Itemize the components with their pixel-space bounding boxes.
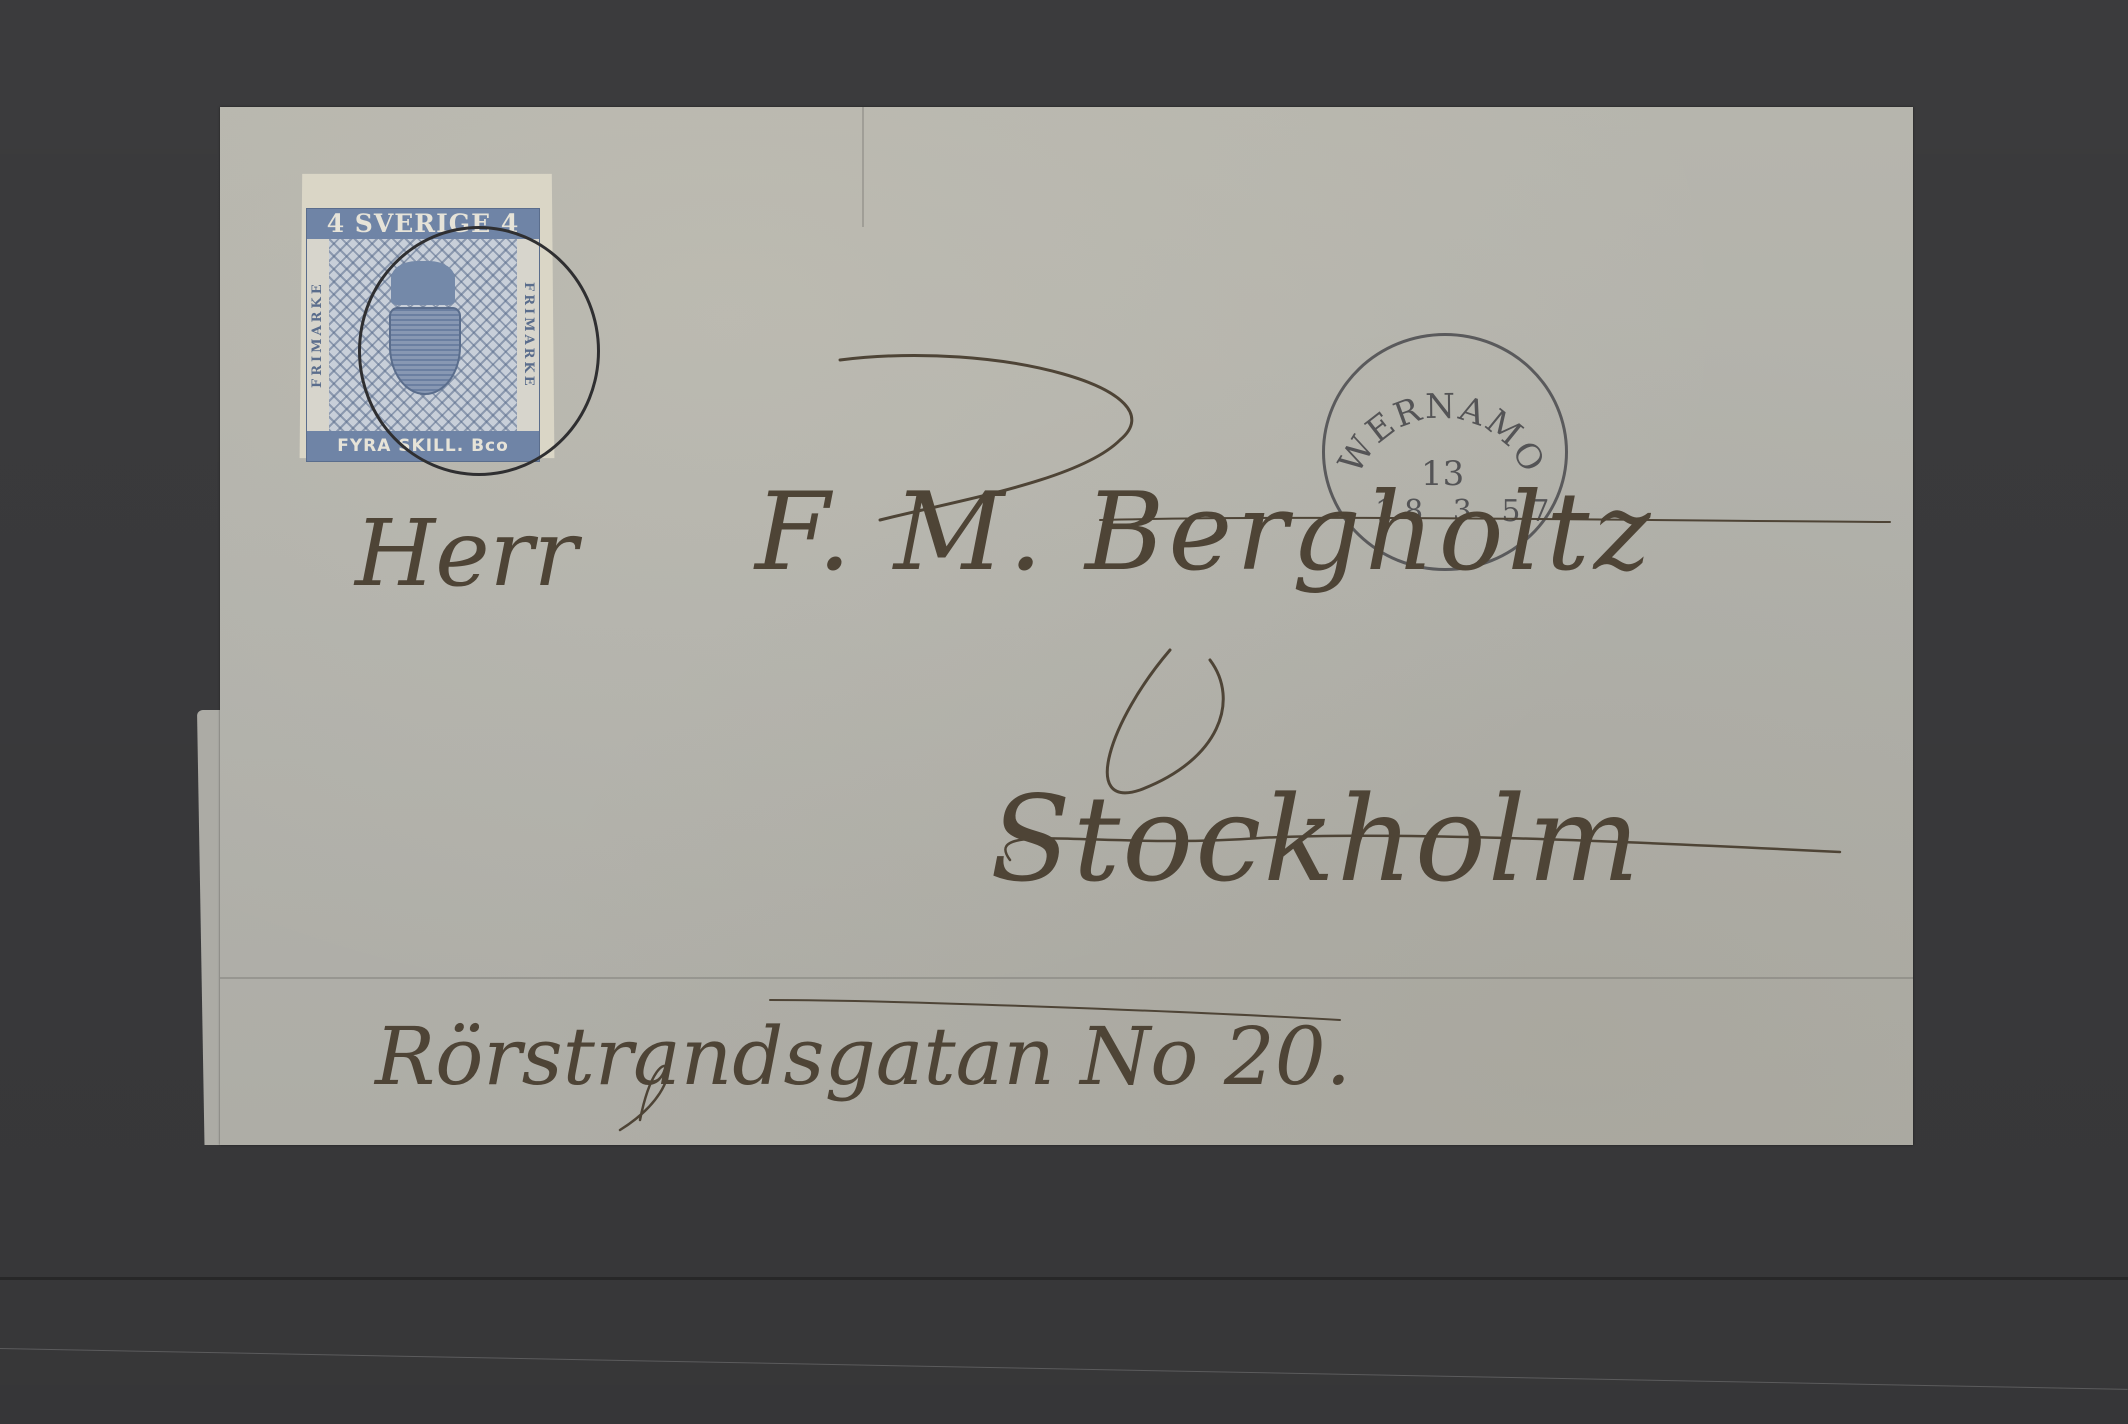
address-salutation: Herr xyxy=(355,500,578,607)
handwriting-strokes xyxy=(0,0,2128,1424)
address-city: Stockholm xyxy=(990,770,1642,908)
address-street: Rörstrandsgatan No 20. xyxy=(375,1010,1351,1103)
address-name: F. M. Bergholtz xyxy=(755,470,1654,595)
